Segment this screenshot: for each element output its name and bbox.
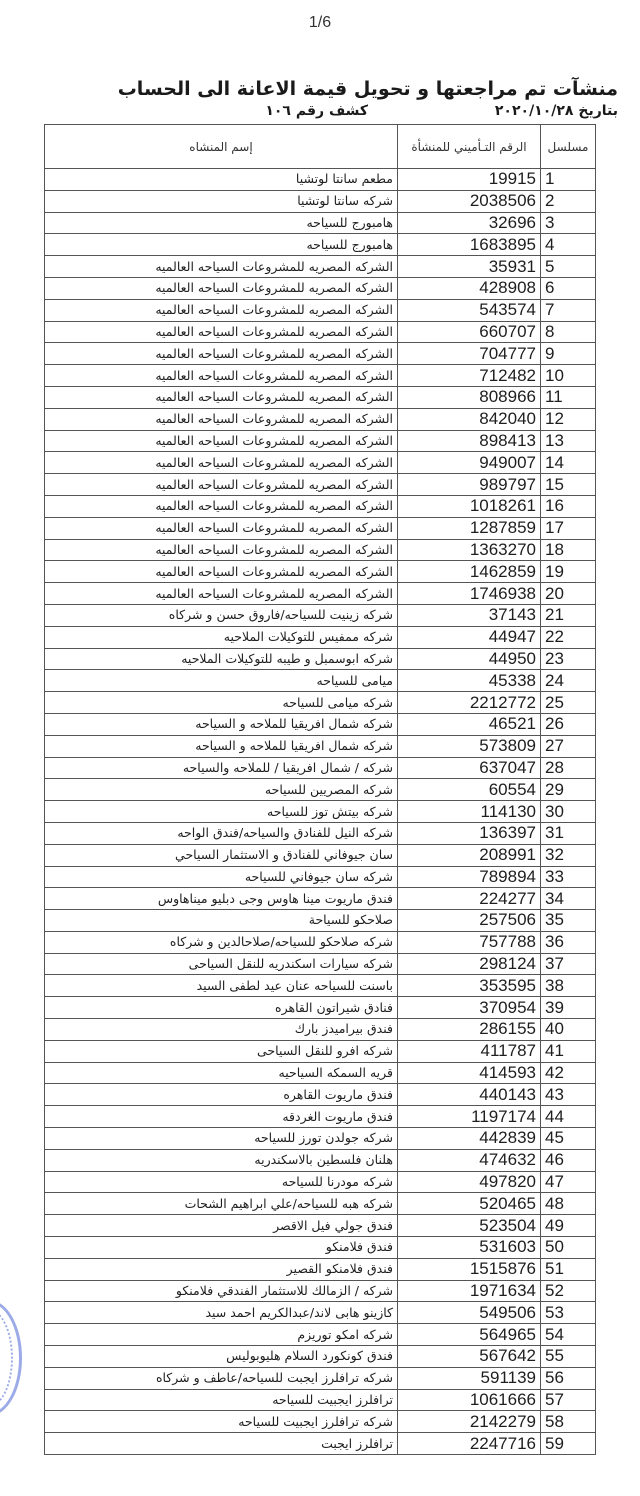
establishment-name-cell: الشركه المصريه للمشروعات السياحه العالمي… bbox=[45, 256, 398, 278]
establishment-name-cell: شركه / شمال افريقيا / للملاحه والسياحه bbox=[45, 757, 398, 779]
insurance-number-cell: 898413 bbox=[398, 430, 541, 452]
serial-cell: 32 bbox=[541, 844, 596, 866]
insurance-number-cell: 1018261 bbox=[398, 495, 541, 517]
establishment-name-cell: الشركه المصريه للمشروعات السياحه العالمي… bbox=[45, 386, 398, 408]
table-row: 54564965شركه امكو توريزم bbox=[45, 1324, 596, 1346]
establishment-name-cell: الشركه المصريه للمشروعات السياحه العالمي… bbox=[45, 365, 398, 387]
serial-cell: 3 bbox=[541, 212, 596, 234]
serial-cell: 23 bbox=[541, 648, 596, 670]
establishment-name-cell: هامبورج للسياحه bbox=[45, 234, 398, 256]
serial-cell: 38 bbox=[541, 975, 596, 997]
establishment-name-cell: شركه / الزمالك للاستثمار الفندقي فلامنكو bbox=[45, 1280, 398, 1302]
serial-cell: 19 bbox=[541, 561, 596, 583]
insurance-number-cell: 1287859 bbox=[398, 517, 541, 539]
serial-cell: 27 bbox=[541, 735, 596, 757]
serial-cell: 6 bbox=[541, 277, 596, 299]
insurance-number-cell: 591139 bbox=[398, 1367, 541, 1389]
serial-cell: 18 bbox=[541, 539, 596, 561]
serial-cell: 30 bbox=[541, 801, 596, 823]
insurance-number-cell: 353595 bbox=[398, 975, 541, 997]
insurance-number-cell: 1683895 bbox=[398, 234, 541, 256]
insurance-number-cell: 531603 bbox=[398, 1237, 541, 1259]
insurance-number-cell: 2212772 bbox=[398, 692, 541, 714]
serial-cell: 58 bbox=[541, 1411, 596, 1433]
serial-cell: 41 bbox=[541, 1040, 596, 1062]
insurance-number-cell: 370954 bbox=[398, 997, 541, 1019]
establishment-name-cell: شركه بيتش توز للسياحه bbox=[45, 801, 398, 823]
establishment-name-cell: الشركه المصريه للمشروعات السياحه العالمي… bbox=[45, 452, 398, 474]
table-row: 2244947شركه ممفيس للتوكيلات الملاحيه bbox=[45, 626, 596, 648]
serial-cell: 11 bbox=[541, 386, 596, 408]
serial-cell: 1 bbox=[541, 169, 596, 191]
table-row: 46474632هلنان فلسطين بالاسكندريه bbox=[45, 1149, 596, 1171]
establishment-name-cell: فندق فلامنكو bbox=[45, 1237, 398, 1259]
table-row: 48520465شركه هبه للسياحه/علي ابراهيم الش… bbox=[45, 1193, 596, 1215]
establishments-table: مسلسل الرقم التـأميني للمنشأة إسم المنشا… bbox=[44, 124, 596, 1455]
insurance-number-cell: 637047 bbox=[398, 757, 541, 779]
insurance-number-cell: 428908 bbox=[398, 277, 541, 299]
table-row: 27573809شركه شمال افريقيا للملاحه و السي… bbox=[45, 735, 596, 757]
table-row: 43440143فندق ماريوت القاهره bbox=[45, 1084, 596, 1106]
insurance-number-cell: 46521 bbox=[398, 713, 541, 735]
insurance-number-cell: 440143 bbox=[398, 1084, 541, 1106]
establishment-name-cell: شركه زينيت للسياحه/فاروق حسن و شركاه bbox=[45, 604, 398, 626]
table-row: 535931الشركه المصريه للمشروعات السياحه ا… bbox=[45, 256, 596, 278]
establishment-name-cell: شركه ترافلرز ايجبيت للسياحه bbox=[45, 1411, 398, 1433]
establishment-name-cell: صلاحكو للسياحة bbox=[45, 910, 398, 932]
establishment-name-cell: الشركه المصريه للمشروعات السياحه العالمي… bbox=[45, 277, 398, 299]
table-row: 2137143شركه زينيت للسياحه/فاروق حسن و شر… bbox=[45, 604, 596, 626]
serial-cell: 9 bbox=[541, 343, 596, 365]
table-row: 15989797الشركه المصريه للمشروعات السياحه… bbox=[45, 474, 596, 496]
table-row: 11808966الشركه المصريه للمشروعات السياحه… bbox=[45, 386, 596, 408]
establishment-name-cell: شركه سان جيوفاني للسياحه bbox=[45, 866, 398, 888]
table-row: 42414593قريه السمكه السياحيه bbox=[45, 1062, 596, 1084]
serial-cell: 47 bbox=[541, 1171, 596, 1193]
insurance-number-cell: 442839 bbox=[398, 1128, 541, 1150]
insurance-number-cell: 989797 bbox=[398, 474, 541, 496]
table-row: 8660707الشركه المصريه للمشروعات السياحه … bbox=[45, 321, 596, 343]
table-row: 49523504فندق جولي فيل الاقصر bbox=[45, 1215, 596, 1237]
establishment-name-cell: كازينو هابى لاند/عبدالكريم احمد سيد bbox=[45, 1302, 398, 1324]
establishment-name-cell: الشركه المصريه للمشروعات السياحه العالمي… bbox=[45, 430, 398, 452]
table-row: 201746938الشركه المصريه للمشروعات السياح… bbox=[45, 583, 596, 605]
serial-cell: 28 bbox=[541, 757, 596, 779]
table-row: 32208991سان جيوفاني للفنادق و الاستثمار … bbox=[45, 844, 596, 866]
serial-cell: 24 bbox=[541, 670, 596, 692]
table-row: 181363270الشركه المصريه للمشروعات السياح… bbox=[45, 539, 596, 561]
table-row: 31136397شركه النيل للفنادق والسياحه/فندق… bbox=[45, 822, 596, 844]
serial-cell: 25 bbox=[541, 692, 596, 714]
insurance-number-cell: 789894 bbox=[398, 866, 541, 888]
serial-cell: 45 bbox=[541, 1128, 596, 1150]
serial-cell: 26 bbox=[541, 713, 596, 735]
serial-cell: 54 bbox=[541, 1324, 596, 1346]
establishment-name-cell: شركه مودرنا للسياحه bbox=[45, 1171, 398, 1193]
table-row: 13898413الشركه المصريه للمشروعات السياحه… bbox=[45, 430, 596, 452]
insurance-number-cell: 2142279 bbox=[398, 1411, 541, 1433]
table-row: 7543574الشركه المصريه للمشروعات السياحه … bbox=[45, 299, 596, 321]
table-row: 30114130شركه بيتش توز للسياحه bbox=[45, 801, 596, 823]
insurance-number-cell: 757788 bbox=[398, 931, 541, 953]
table-row: 22038506شركه سانتا لوتشيا bbox=[45, 190, 596, 212]
insurance-number-cell: 1363270 bbox=[398, 539, 541, 561]
table-row: 2445338ميامى للسياحه bbox=[45, 670, 596, 692]
insurance-number-cell: 1971634 bbox=[398, 1280, 541, 1302]
document-title: منشآت تم مراجعتها و تحويل قيمة الاعانة ا… bbox=[118, 78, 618, 100]
insurance-number-cell: 298124 bbox=[398, 953, 541, 975]
column-header-insurance-number: الرقم التـأميني للمنشأة bbox=[398, 125, 541, 169]
insurance-number-cell: 704777 bbox=[398, 343, 541, 365]
table-row: 14949007الشركه المصريه للمشروعات السياحه… bbox=[45, 452, 596, 474]
page-number: 1/6 bbox=[0, 14, 640, 32]
establishment-name-cell: الشركه المصريه للمشروعات السياحه العالمي… bbox=[45, 539, 398, 561]
insurance-number-cell: 257506 bbox=[398, 910, 541, 932]
establishment-name-cell: هلنان فلسطين بالاسكندريه bbox=[45, 1149, 398, 1171]
serial-cell: 55 bbox=[541, 1346, 596, 1368]
table-row: 41411787شركه افرو للنقل السياحى bbox=[45, 1040, 596, 1062]
insurance-number-cell: 2247716 bbox=[398, 1433, 541, 1455]
establishment-name-cell: شركه جولدن تورز للسياحه bbox=[45, 1128, 398, 1150]
table-row: 252212772شركه ميامى للسياحه bbox=[45, 692, 596, 714]
insurance-number-cell: 712482 bbox=[398, 365, 541, 387]
table-row: 34224277فندق ماريوت مينا هاوس وجى دبليو … bbox=[45, 888, 596, 910]
serial-cell: 42 bbox=[541, 1062, 596, 1084]
serial-cell: 5 bbox=[541, 256, 596, 278]
insurance-number-cell: 35931 bbox=[398, 256, 541, 278]
document-date: بتاريخ ٢٠٢٠/١٠/٢٨ bbox=[495, 103, 618, 119]
establishment-name-cell: باسنت للسياحه عنان عيد لطفى السيد bbox=[45, 975, 398, 997]
insurance-number-cell: 549506 bbox=[398, 1302, 541, 1324]
table-row: 53549506كازينو هابى لاند/عبدالكريم احمد … bbox=[45, 1302, 596, 1324]
establishment-name-cell: شركه صلاحكو للسياحه/صلاحالدين و شركاه bbox=[45, 931, 398, 953]
serial-cell: 48 bbox=[541, 1193, 596, 1215]
establishment-name-cell: شركه هبه للسياحه/علي ابراهيم الشحات bbox=[45, 1193, 398, 1215]
establishment-name-cell: الشركه المصريه للمشروعات السياحه العالمي… bbox=[45, 495, 398, 517]
serial-cell: 44 bbox=[541, 1106, 596, 1128]
serial-cell: 46 bbox=[541, 1149, 596, 1171]
insurance-number-cell: 114130 bbox=[398, 801, 541, 823]
insurance-number-cell: 60554 bbox=[398, 779, 541, 801]
table-row: 9704777الشركه المصريه للمشروعات السياحه … bbox=[45, 343, 596, 365]
establishment-name-cell: الشركه المصريه للمشروعات السياحه العالمي… bbox=[45, 517, 398, 539]
establishment-name-cell: فنادق شيراتون القاهره bbox=[45, 997, 398, 1019]
serial-cell: 33 bbox=[541, 866, 596, 888]
serial-cell: 8 bbox=[541, 321, 596, 343]
table-row: 39370954فنادق شيراتون القاهره bbox=[45, 997, 596, 1019]
serial-cell: 14 bbox=[541, 452, 596, 474]
table-row: 28637047شركه / شمال افريقيا / للملاحه وا… bbox=[45, 757, 596, 779]
insurance-number-cell: 44947 bbox=[398, 626, 541, 648]
serial-cell: 15 bbox=[541, 474, 596, 496]
insurance-number-cell: 19915 bbox=[398, 169, 541, 191]
table-row: 2960554شركه المصريين للسياحه bbox=[45, 779, 596, 801]
insurance-number-cell: 497820 bbox=[398, 1171, 541, 1193]
table-row: 38353595باسنت للسياحه عنان عيد لطفى السي… bbox=[45, 975, 596, 997]
establishment-name-cell: شركه امكو توريزم bbox=[45, 1324, 398, 1346]
establishment-name-cell: الشركه المصريه للمشروعات السياحه العالمي… bbox=[45, 408, 398, 430]
table-row: 50531603فندق فلامنكو bbox=[45, 1237, 596, 1259]
insurance-number-cell: 567642 bbox=[398, 1346, 541, 1368]
table-row: 45442839شركه جولدن تورز للسياحه bbox=[45, 1128, 596, 1150]
serial-cell: 17 bbox=[541, 517, 596, 539]
insurance-number-cell: 474632 bbox=[398, 1149, 541, 1171]
establishment-name-cell: ترافلرز ايجبيت للسياحه bbox=[45, 1389, 398, 1411]
serial-cell: 31 bbox=[541, 822, 596, 844]
table-row: 36757788شركه صلاحكو للسياحه/صلاحالدين و … bbox=[45, 931, 596, 953]
establishment-name-cell: الشركه المصريه للمشروعات السياحه العالمي… bbox=[45, 299, 398, 321]
insurance-number-cell: 414593 bbox=[398, 1062, 541, 1084]
insurance-number-cell: 136397 bbox=[398, 822, 541, 844]
serial-cell: 12 bbox=[541, 408, 596, 430]
sheet-number: كشف رقم ١٠٦ bbox=[265, 103, 368, 119]
table-row: 332696هامبورج للسياحه bbox=[45, 212, 596, 234]
table-row: 582142279شركه ترافلرز ايجبيت للسياحه bbox=[45, 1411, 596, 1433]
insurance-number-cell: 573809 bbox=[398, 735, 541, 757]
table-row: 47497820شركه مودرنا للسياحه bbox=[45, 1171, 596, 1193]
serial-cell: 20 bbox=[541, 583, 596, 605]
table-row: 6428908الشركه المصريه للمشروعات السياحه … bbox=[45, 277, 596, 299]
serial-cell: 21 bbox=[541, 604, 596, 626]
table-row: 511515876فندق فلامنكو القصير bbox=[45, 1258, 596, 1280]
establishment-name-cell: ترافلرز ايجبت bbox=[45, 1433, 398, 1455]
establishment-name-cell: الشركه المصريه للمشروعات السياحه العالمي… bbox=[45, 474, 398, 496]
serial-cell: 39 bbox=[541, 997, 596, 1019]
serial-cell: 35 bbox=[541, 910, 596, 932]
insurance-number-cell: 543574 bbox=[398, 299, 541, 321]
establishment-name-cell: فندق جولي فيل الاقصر bbox=[45, 1215, 398, 1237]
table-row: 55567642فندق كونكورد السلام هليوبوليس bbox=[45, 1346, 596, 1368]
serial-cell: 56 bbox=[541, 1367, 596, 1389]
subtitle-line: بتاريخ ٢٠٢٠/١٠/٢٨ كشف رقم ١٠٦ bbox=[58, 103, 618, 119]
insurance-number-cell: 1746938 bbox=[398, 583, 541, 605]
serial-cell: 59 bbox=[541, 1433, 596, 1455]
establishment-name-cell: فندق ماريوت الغردقه bbox=[45, 1106, 398, 1128]
official-stamp bbox=[0, 1300, 22, 1416]
table-row: 119915مطعم سانتا لوتشيا bbox=[45, 169, 596, 191]
table-row: 33789894شركه سان جيوفاني للسياحه bbox=[45, 866, 596, 888]
table-row: 441197174فندق ماريوت الغردقه bbox=[45, 1106, 596, 1128]
insurance-number-cell: 949007 bbox=[398, 452, 541, 474]
table-row: 521971634شركه / الزمالك للاستثمار الفندق… bbox=[45, 1280, 596, 1302]
serial-cell: 53 bbox=[541, 1302, 596, 1324]
establishment-name-cell: شركه ترافلرز ايجبت للسياحه/عاطف و شركاه bbox=[45, 1367, 398, 1389]
establishment-name-cell: الشركه المصريه للمشروعات السياحه العالمي… bbox=[45, 321, 398, 343]
establishment-name-cell: شركه ابوسمبل و طيبه للتوكيلات الملاحيه bbox=[45, 648, 398, 670]
serial-cell: 16 bbox=[541, 495, 596, 517]
insurance-number-cell: 1515876 bbox=[398, 1258, 541, 1280]
column-header-establishment-name: إسم المنشاه bbox=[45, 125, 398, 169]
insurance-number-cell: 520465 bbox=[398, 1193, 541, 1215]
table-row: 41683895هامبورج للسياحه bbox=[45, 234, 596, 256]
establishment-name-cell: الشركه المصريه للمشروعات السياحه العالمي… bbox=[45, 343, 398, 365]
establishment-name-cell: شركه شمال افريقيا للملاحه و السياحه bbox=[45, 713, 398, 735]
table-row: 592247716ترافلرز ايجبت bbox=[45, 1433, 596, 1455]
serial-cell: 29 bbox=[541, 779, 596, 801]
establishment-name-cell: فندق فلامنكو القصير bbox=[45, 1258, 398, 1280]
insurance-number-cell: 208991 bbox=[398, 844, 541, 866]
establishment-name-cell: فندق بيراميدز بارك bbox=[45, 1019, 398, 1041]
establishment-name-cell: شركه النيل للفنادق والسياحه/فندق الواحه bbox=[45, 822, 398, 844]
table-row: 161018261الشركه المصريه للمشروعات السياح… bbox=[45, 495, 596, 517]
establishment-name-cell: شركه ممفيس للتوكيلات الملاحيه bbox=[45, 626, 398, 648]
establishment-name-cell: فندق كونكورد السلام هليوبوليس bbox=[45, 1346, 398, 1368]
insurance-number-cell: 1061666 bbox=[398, 1389, 541, 1411]
serial-cell: 57 bbox=[541, 1389, 596, 1411]
establishment-name-cell: مطعم سانتا لوتشيا bbox=[45, 169, 398, 191]
insurance-number-cell: 286155 bbox=[398, 1019, 541, 1041]
establishment-name-cell: شركه المصريين للسياحه bbox=[45, 779, 398, 801]
table-header-row: مسلسل الرقم التـأميني للمنشأة إسم المنشا… bbox=[45, 125, 596, 169]
serial-cell: 49 bbox=[541, 1215, 596, 1237]
table-row: 171287859الشركه المصريه للمشروعات السياح… bbox=[45, 517, 596, 539]
establishment-name-cell: الشركه المصريه للمشروعات السياحه العالمي… bbox=[45, 561, 398, 583]
insurance-number-cell: 411787 bbox=[398, 1040, 541, 1062]
table-row: 2344950شركه ابوسمبل و طيبه للتوكيلات الم… bbox=[45, 648, 596, 670]
serial-cell: 51 bbox=[541, 1258, 596, 1280]
table-row: 37298124شركه سيارات اسكندريه للنقل السيا… bbox=[45, 953, 596, 975]
insurance-number-cell: 2038506 bbox=[398, 190, 541, 212]
establishment-name-cell: الشركه المصريه للمشروعات السياحه العالمي… bbox=[45, 583, 398, 605]
establishment-name-cell: هامبورج للسياحه bbox=[45, 212, 398, 234]
serial-cell: 4 bbox=[541, 234, 596, 256]
establishment-name-cell: شركه شمال افريقيا للملاحه و السياحه bbox=[45, 735, 398, 757]
establishment-name-cell: قريه السمكه السياحيه bbox=[45, 1062, 398, 1084]
establishment-name-cell: شركه افرو للنقل السياحى bbox=[45, 1040, 398, 1062]
serial-cell: 52 bbox=[541, 1280, 596, 1302]
insurance-number-cell: 1197174 bbox=[398, 1106, 541, 1128]
table-row: 56591139شركه ترافلرز ايجبت للسياحه/عاطف … bbox=[45, 1367, 596, 1389]
serial-cell: 2 bbox=[541, 190, 596, 212]
insurance-number-cell: 660707 bbox=[398, 321, 541, 343]
insurance-number-cell: 1462859 bbox=[398, 561, 541, 583]
insurance-number-cell: 37143 bbox=[398, 604, 541, 626]
column-header-serial: مسلسل bbox=[541, 125, 596, 169]
insurance-number-cell: 32696 bbox=[398, 212, 541, 234]
serial-cell: 10 bbox=[541, 365, 596, 387]
serial-cell: 50 bbox=[541, 1237, 596, 1259]
establishment-name-cell: فندق ماريوت القاهره bbox=[45, 1084, 398, 1106]
establishment-name-cell: شركه ميامى للسياحه bbox=[45, 692, 398, 714]
insurance-number-cell: 224277 bbox=[398, 888, 541, 910]
establishment-name-cell: سان جيوفاني للفنادق و الاستثمار السياحي bbox=[45, 844, 398, 866]
establishment-name-cell: فندق ماريوت مينا هاوس وجى دبليو ميناهاوس bbox=[45, 888, 398, 910]
table-row: 2646521شركه شمال افريقيا للملاحه و السيا… bbox=[45, 713, 596, 735]
serial-cell: 13 bbox=[541, 430, 596, 452]
table-row: 40286155فندق بيراميدز بارك bbox=[45, 1019, 596, 1041]
serial-cell: 7 bbox=[541, 299, 596, 321]
serial-cell: 36 bbox=[541, 931, 596, 953]
table-row: 35257506صلاحكو للسياحة bbox=[45, 910, 596, 932]
table-row: 571061666ترافلرز ايجبيت للسياحه bbox=[45, 1389, 596, 1411]
table-row: 10712482الشركه المصريه للمشروعات السياحه… bbox=[45, 365, 596, 387]
serial-cell: 37 bbox=[541, 953, 596, 975]
insurance-number-cell: 523504 bbox=[398, 1215, 541, 1237]
establishment-name-cell: ميامى للسياحه bbox=[45, 670, 398, 692]
insurance-number-cell: 564965 bbox=[398, 1324, 541, 1346]
insurance-number-cell: 45338 bbox=[398, 670, 541, 692]
serial-cell: 43 bbox=[541, 1084, 596, 1106]
insurance-number-cell: 44950 bbox=[398, 648, 541, 670]
establishment-name-cell: شركه سيارات اسكندريه للنقل السياحى bbox=[45, 953, 398, 975]
table-body: 119915مطعم سانتا لوتشيا22038506شركه سانت… bbox=[45, 169, 596, 1455]
serial-cell: 22 bbox=[541, 626, 596, 648]
serial-cell: 34 bbox=[541, 888, 596, 910]
table-row: 191462859الشركه المصريه للمشروعات السياح… bbox=[45, 561, 596, 583]
insurance-number-cell: 842040 bbox=[398, 408, 541, 430]
table-row: 12842040الشركه المصريه للمشروعات السياحه… bbox=[45, 408, 596, 430]
establishment-name-cell: شركه سانتا لوتشيا bbox=[45, 190, 398, 212]
insurance-number-cell: 808966 bbox=[398, 386, 541, 408]
serial-cell: 40 bbox=[541, 1019, 596, 1041]
